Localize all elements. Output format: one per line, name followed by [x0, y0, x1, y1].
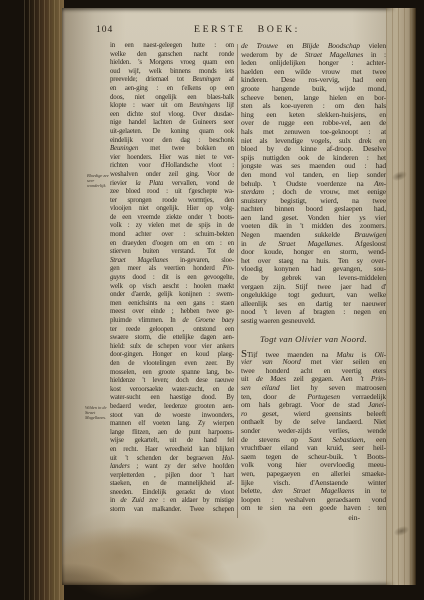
text-line: spijs nuttigden ook de kinderen : het — [241, 154, 386, 163]
text-line: oud wijf, welk binnens monds iets — [110, 68, 234, 77]
text-line: niet als levendige vogels, sulx drek en — [241, 137, 386, 146]
text-line: uit de Maes zeil gegaen. Aen 't Prin- — [241, 375, 386, 384]
text-line: nige handel lachten de Guineers seer — [110, 119, 234, 128]
text-line: Straet Magellanes in-gevaren, sloe- — [110, 257, 234, 266]
text-line: vlooijen niet ongelijk. Hier op volg- — [110, 205, 234, 214]
column-divider-rule — [237, 44, 238, 518]
text-line: sten als koe-uyeren : om den hals — [241, 102, 386, 111]
text-line: twee honderd acht en veertig eters — [241, 367, 386, 376]
text-line: lange flitzen, aen de punt harpoens- — [110, 429, 234, 438]
page-header: 104 EERSTE BOEK: — [110, 24, 386, 38]
section-heading: Togt van Olivier van Noord. — [241, 334, 386, 345]
text-line: zee bloed rood : uit t'geschepte wa- — [110, 188, 234, 197]
text-line: ter sprongen roode wormtjes, den — [110, 197, 234, 206]
text-line: scheeve benen, lange hielen en bor- — [241, 94, 386, 103]
text-line: hieldenze 't leven; doch dese raeuwe — [110, 377, 234, 386]
text-line: leden onlijdelijken honger : achter- — [241, 59, 386, 68]
text-line: vruchtbaer eiland van kruid, seer heil- — [241, 444, 386, 453]
text-line: ro geset, wierd geensints beleeft — [241, 410, 386, 419]
text-line: door-gingen. Honger en koud plaeg- — [110, 351, 234, 360]
text-line: wederom by de Straet Magellanes in : — [241, 51, 386, 60]
paragraph-block: STijf twee maenden na Mahu is Oli-vier v… — [241, 350, 386, 513]
text-line: kost veroorsaekte water-zucht, en de — [110, 386, 234, 395]
text-line: hield: sulx de schepen voor vier ankers — [110, 343, 234, 352]
text-line: meest over einde ; hebben twee ge- — [110, 308, 234, 317]
left-text-column: in een naest-geleegen hutte : omwelke de… — [110, 42, 234, 522]
text-line: alleenlijk ses en dartig ter naeuwer — [241, 300, 386, 309]
text-line: het over staeg na huis. Ten sy over- — [241, 257, 386, 266]
paragraph-block: de Trouwe en Blijde Boodschap vielenwede… — [241, 42, 386, 326]
text-line: nachten binnen boord geslaepen had, — [241, 205, 386, 214]
text-line: den mond vol tanden, en liep sonder — [241, 171, 386, 180]
book-photo: 104 EERSTE BOEK: Bloedige zee seer wonde… — [0, 0, 424, 600]
text-line: de Trouwe en Blijde Boodschap vielen — [241, 42, 386, 51]
text-line: Negen maenden sukkelde Brauwigen — [241, 231, 386, 240]
text-line: mond achter over : schuim-bekten — [110, 231, 234, 240]
text-line: vier hoenders. Hier was niet te ver- — [110, 154, 234, 163]
text-line: wen, papegaeyen en allerlei smaeke- — [241, 470, 386, 479]
text-line: guyns dood : dit is een gevoogelte, — [110, 274, 234, 283]
text-line: hing een keten slekken-huisjens, en — [241, 111, 386, 120]
text-line: gen meer als veertien honderd Pin- — [110, 265, 234, 274]
text-line: uit-gelaeten. De koning quam ook — [110, 128, 234, 137]
text-line: kinderen. Dese ros-vervig, had een — [241, 76, 386, 85]
margin-note: Bloedige zee seer wonderlijk. — [87, 174, 110, 189]
text-line: en aen-ging : en t'elkens op een — [110, 85, 234, 94]
text-line: om hals gebragt. Voor de stad Janei- — [241, 401, 386, 410]
text-line: ten, door de Portugesen verraedelijk — [241, 393, 386, 402]
text-line: loopen : weshalven geraedsaem vond — [241, 496, 386, 505]
text-line: sen eiland liet hy seven matroosen — [241, 384, 386, 393]
text-line: bloed by de kinne af-droop. Deselve — [241, 145, 386, 154]
text-line: en recht. Haer wreedheid kan blijken — [110, 446, 234, 455]
text-line: belette, den Straet Magellaens in te — [241, 487, 386, 496]
text-line: eindelijk voor den dag : beschonk — [110, 137, 234, 146]
text-line: ongelukkige togt geduurt, van welke — [241, 291, 386, 300]
text-line: richten voor d'Hollandsche vloot : — [110, 162, 234, 171]
text-line: de by gebrek van levens-middelen — [241, 274, 386, 283]
text-columns: in een naest-geleegen hutte : omwelke de… — [110, 42, 386, 522]
text-line: in de Straet Magellanes. Afgesloost — [241, 240, 386, 249]
text-line: bedaerd weder, leedenze grooten aen- — [110, 403, 234, 412]
text-line: pluimde vlimmen. In de Groene baey — [110, 317, 234, 326]
text-line: onder d'aerde, gelijk konijnen : swem- — [110, 291, 234, 300]
text-line: volk vong hier overvloedig meeu- — [241, 461, 386, 470]
text-line: voeten dik in 't midden des zoomers. — [241, 222, 386, 231]
text-line: haelden een wilde vrouw met twee — [241, 68, 386, 77]
text-line: swaere storm, die ettelijke dagen aen- — [110, 334, 234, 343]
text-line: klopte : waer uit om Beuningens lijf — [110, 102, 234, 111]
text-line: door koude, honger en storm, wend- — [241, 248, 386, 257]
text-line: in de Zuid zee : en aldaer by mistige — [110, 497, 234, 506]
text-line: welke den ganschen nacht ronde — [110, 51, 234, 60]
text-line: staeken, en de mannelijkheid af- — [110, 480, 234, 489]
text-line: de stevens op Sant Sebastiaen, een — [241, 436, 386, 445]
text-line: groote hangende buik, wijde mond, — [241, 85, 386, 94]
text-line: hals met zenuwen toe-geknoopt : at — [241, 128, 386, 137]
book-page-edges-left — [24, 0, 64, 600]
text-line: jongste was ses maenden oud : had — [241, 162, 386, 171]
right-text-column: de Trouwe en Blijde Boodschap vielenwede… — [241, 42, 386, 522]
text-line: landers ; want zy der selve hoofden — [110, 463, 234, 472]
text-line: aen land geset. Vonden hier ys vier — [241, 214, 386, 223]
margin-note: Wilden in de Straet Magellanes. — [85, 406, 108, 421]
text-line: over de rugge een robbe-vel, aen de — [241, 119, 386, 128]
catchword: ein- — [241, 514, 386, 523]
text-line: mannen elf voeten lang. Zy wierpen — [110, 420, 234, 429]
text-line: sonder weder-zijds verlies, wende — [241, 427, 386, 436]
text-line: wijse gekartelt, uit de hand fel — [110, 437, 234, 446]
running-title: EERSTE BOEK: — [194, 24, 300, 35]
text-line: doos, niet ongelijk een blaes-balk — [110, 94, 234, 103]
text-line: saem tegen de scheur-buik. 't Boots- — [241, 453, 386, 462]
page-number: 104 — [96, 25, 113, 35]
text-line: stoot van de woeste inwoonders, — [110, 412, 234, 421]
text-line: rievier la Plata vervallen, vond de — [110, 180, 234, 189]
text-line: verpletterden , pijlen door 't hart — [110, 472, 234, 481]
text-line: water-sucht een haestige dood. By — [110, 394, 234, 403]
text-line: vloedig konynen had gevangen, sou- — [241, 265, 386, 274]
text-line: vergaen zijn. Stijf twee jaer had d' — [241, 283, 386, 292]
text-line: een dichte stof vloog. Over dusdae- — [110, 111, 234, 120]
text-line: lijke visch. d'Aenstaende winter — [241, 479, 386, 488]
text-line: ter reede geloopen , ontstond een — [110, 326, 234, 335]
text-line: preevelde; driemael tot Beuningen af — [110, 76, 234, 85]
text-line: nood 't leven af bragten : negen en — [241, 308, 386, 317]
text-line: en draeyden d'oogen om en om : en — [110, 240, 234, 249]
text-line: vier van Noord met vier seilen en — [241, 358, 386, 367]
text-line: volk : zy vielen met de spijs in de — [110, 222, 234, 231]
text-line: sestig waeren gesneuveld. — [241, 317, 386, 326]
text-line: storm van malkander. Twee schepen — [110, 506, 234, 515]
text-line: in een naest-geleegen hutte : om — [110, 42, 234, 51]
book-page-edges-right — [386, 8, 416, 585]
text-line: uit 't schenden der begraeven Hol- — [110, 455, 234, 464]
text-line: onthaelt by de selve landaerd. Niet — [241, 418, 386, 427]
text-line: weshalven onder zeil ging. Voor de — [110, 171, 234, 180]
text-line: mosselen, een groote spanne lang, be- — [110, 369, 234, 378]
text-line: snuistery begistigt, wierd, na twee — [241, 197, 386, 206]
text-line: om te sien na een goede haven : ten — [241, 504, 386, 513]
text-line: men eenichsints na een gans : staen — [110, 300, 234, 309]
text-line: stierven buiten verstand. Tot de — [110, 248, 234, 257]
text-line: sneeden. Eindelijk geraekt de vloot — [110, 489, 234, 498]
text-line: Beuningen met twee bokken en — [110, 145, 234, 154]
text-line: welk op visch aescht : hoolen maekt — [110, 283, 234, 292]
text-line: hielden. 's Morgens vroeg quam een — [110, 59, 234, 68]
text-line: STijf twee maenden na Mahu is Oli- — [241, 350, 386, 359]
text-line: behulp. 't Oudste voerdenze na Am- — [241, 180, 386, 189]
text-line: den de vlootelingen even zeer. By — [110, 360, 234, 369]
text-line: de een vreemde ziekte onder 't boots- — [110, 214, 234, 223]
right-column-blocks: de Trouwe en Blijde Boodschap vielenwede… — [241, 42, 386, 513]
text-line: sterdam ; doch de vrouw, met eenige — [241, 188, 386, 197]
